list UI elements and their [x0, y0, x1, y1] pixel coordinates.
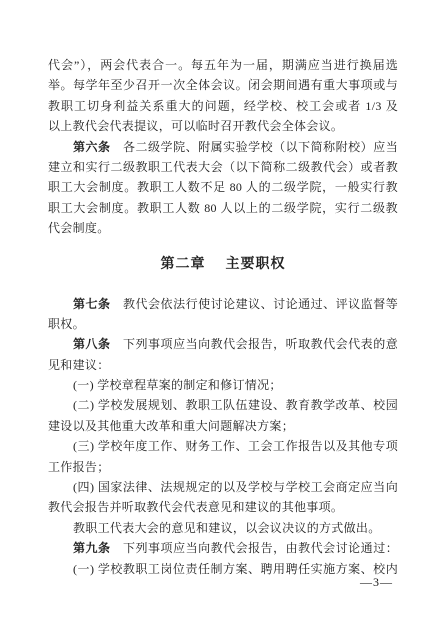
- text-line: 代会制度。: [48, 218, 398, 238]
- text-line: 职工大会制度。教职工人数不足 80 人的二级学院，一般实行教: [48, 177, 398, 197]
- text-line: 第六条 各二级学院、附属实验学校（以下简称附校）应当: [48, 137, 398, 157]
- text-line: 职工大会制度。教职工人数 80 人以上的二级学院，实行二级教: [48, 198, 398, 218]
- text-line: 第七条 教代会依法行使讨论建议、讨论通过、评议监督等: [48, 294, 398, 314]
- text-line: 代会”），两会代表合一。每五年为一届，期满应当进行换届选: [48, 55, 398, 75]
- chapter-title: 主要职权: [226, 257, 286, 272]
- article-label: 第九条: [73, 541, 111, 555]
- text-line: 建立和实行二级教职工代表大会（以下简称二级教代会）或者教: [48, 157, 398, 177]
- text-line: (一) 学校章程草案的制定和修订情况；: [48, 375, 398, 395]
- text-line: 教职工代表大会的意见和建议，以会议决议的方式做出。: [48, 518, 398, 538]
- text-line: 教代会报告并听取教代会代表意见和建议的其他事项。: [48, 497, 398, 517]
- text-line: 工作报告；: [48, 457, 398, 477]
- article-label: 第八条: [73, 337, 111, 351]
- text-line: (二) 学校发展规划、教职工队伍建设、教育教学改革、校园: [48, 395, 398, 415]
- text-line: 教职工切身利益关系重大的问题，经学校、校工会或者 1/3 及: [48, 96, 398, 116]
- chapter-number: 第二章: [161, 257, 206, 272]
- text-line: (一) 学校教职工岗位责任制方案、聘用聘任实施方案、校内: [48, 559, 398, 579]
- document-page: 代会”），两会代表合一。每五年为一届，期满应当进行换届选举。每学年至少召开一次全…: [0, 0, 445, 634]
- text-line: 举。每学年至少召开一次全体会议。闭会期间遇有重大事项或与: [48, 75, 398, 95]
- article-label: 第六条: [73, 140, 111, 154]
- document-body: 代会”），两会代表合一。每五年为一届，期满应当进行换届选举。每学年至少召开一次全…: [48, 55, 398, 579]
- text-line: (四) 国家法律、法规规定的以及学校与学校工会商定应当向: [48, 477, 398, 497]
- article-label: 第七条: [73, 297, 111, 311]
- text-line: 第九条 下列事项应当向教代会报告，由教代会讨论通过：: [48, 538, 398, 558]
- text-line: 见和建议：: [48, 355, 398, 375]
- paragraph-block-before-heading: 代会”），两会代表合一。每五年为一届，期满应当进行换届选举。每学年至少召开一次全…: [48, 55, 398, 239]
- page-number: —3—: [360, 575, 393, 590]
- text-line: 以上教代会代表提议，可以临时召开教代会全体会议。: [48, 116, 398, 136]
- paragraph-block-after-heading: 第七条 教代会依法行使讨论建议、讨论通过、评议监督等职权。第八条 下列事项应当向…: [48, 294, 398, 579]
- text-line: (三) 学校年度工作、财务工作、工会工作报告以及其他专项: [48, 436, 398, 456]
- chapter-heading: 第二章主要职权: [48, 254, 398, 276]
- text-line: 第八条 下列事项应当向教代会报告，听取教代会代表的意: [48, 334, 398, 354]
- text-line: 建设以及其他重大改革和重大问题解决方案；: [48, 416, 398, 436]
- text-line: 职权。: [48, 314, 398, 334]
